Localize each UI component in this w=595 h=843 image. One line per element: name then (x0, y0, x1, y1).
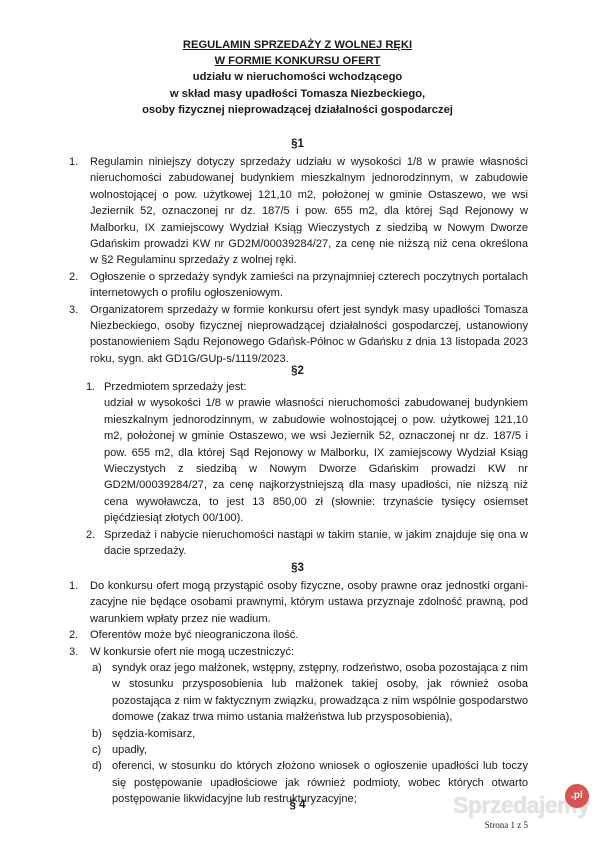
section-3-list: 1. Do konkursu ofert mogą przystąpić oso… (90, 578, 528, 808)
subitem-text: syndyk oraz jego małżonek, wstępny, zstę… (112, 660, 528, 726)
sublist-item: a) syndyk oraz jego małżonek, wstępny, z… (112, 660, 528, 726)
section-1-heading: §1 (0, 138, 595, 150)
item-number: 1. (69, 154, 78, 170)
title-line-3: udziału w nieruchomości wchodzącego (0, 69, 595, 85)
document-title: REGULAMIN SPRZEDAŻY Z WOLNEJ RĘKI W FORM… (0, 37, 595, 118)
page-number: Strona 1 z 5 (485, 820, 528, 830)
list-item: 3. Organizatorem sprzedaży w formie konk… (90, 302, 528, 368)
item-number: 1. (69, 578, 78, 594)
list-item: 1. Do konkursu ofert mogą przystąpić oso… (90, 578, 528, 627)
item-number: 3. (69, 644, 78, 660)
item-lead: Przedmiotem sprzedaży jest: (104, 379, 528, 395)
item-number: 2. (69, 627, 78, 643)
section-2-heading: §2 (0, 365, 595, 377)
section-1-list: 1. Regulamin niniejszy dotyczy sprzedaży… (90, 154, 528, 367)
item-number: 2. (69, 269, 78, 285)
item-number: 2. (86, 527, 95, 543)
sublist-item: b) sędzia-komisarz, (112, 726, 528, 742)
section-3-heading: §3 (0, 562, 595, 574)
subitem-text: upadły, (112, 742, 528, 758)
sublist-item: c) upadły, (112, 742, 528, 758)
item-text: Sprzedaż i nabycie nieruchomości nastąpi… (104, 527, 528, 560)
subitem-letter: c) (92, 742, 101, 758)
title-line-4: w skład masy upadłości Tomasza Niezbecki… (0, 86, 595, 102)
list-item: 1. Przedmiotem sprzedaży jest: udział w … (104, 379, 528, 527)
item-text: Ogłoszenie o sprzedaży syndyk zamieści n… (90, 269, 528, 302)
section-2-list: 1. Przedmiotem sprzedaży jest: udział w … (104, 379, 528, 559)
watermark-badge-icon: .pl (565, 784, 589, 808)
title-line-2: W FORMIE KONKURSU OFERT (0, 53, 595, 69)
title-line-1: REGULAMIN SPRZEDAŻY Z WOLNEJ RĘKI (0, 37, 595, 53)
item-number: 1. (86, 379, 95, 395)
sprzedajemy-watermark: Sprzedajemy .pl (453, 784, 593, 824)
list-item: 2. Oferentów może być nieograniczona ilo… (90, 627, 528, 643)
subitem-text: sędzia-komisarz, (112, 726, 528, 742)
item-text: udział w wysokości 1/8 w prawie własnośc… (104, 395, 528, 526)
item-text: W konkursie ofert nie mogą uczestniczyć: (90, 644, 528, 660)
item-text: Do konkursu ofert mogą przystąpić osoby … (90, 578, 528, 627)
subitem-letter: d) (92, 758, 102, 774)
list-item: 1. Regulamin niniejszy dotyczy sprzedaży… (90, 154, 528, 269)
title-line-5: osoby fizycznej nieprowadzącej działalno… (0, 102, 595, 118)
item-number: 3. (69, 302, 78, 318)
subitem-letter: b) (92, 726, 102, 742)
list-item: 2. Sprzedaż i nabycie nieruchomości nast… (104, 527, 528, 560)
document-page: REGULAMIN SPRZEDAŻY Z WOLNEJ RĘKI W FORM… (0, 0, 595, 843)
subitem-letter: a) (92, 660, 102, 676)
list-item: 2. Ogłoszenie o sprzedaży syndyk zamieśc… (90, 269, 528, 302)
item-text: Oferentów może być nieograniczona ilość. (90, 627, 528, 643)
item-text: Regulamin niniejszy dotyczy sprzedaży ud… (90, 154, 528, 269)
item-text: Organizatorem sprzedaży w formie konkurs… (90, 302, 528, 368)
